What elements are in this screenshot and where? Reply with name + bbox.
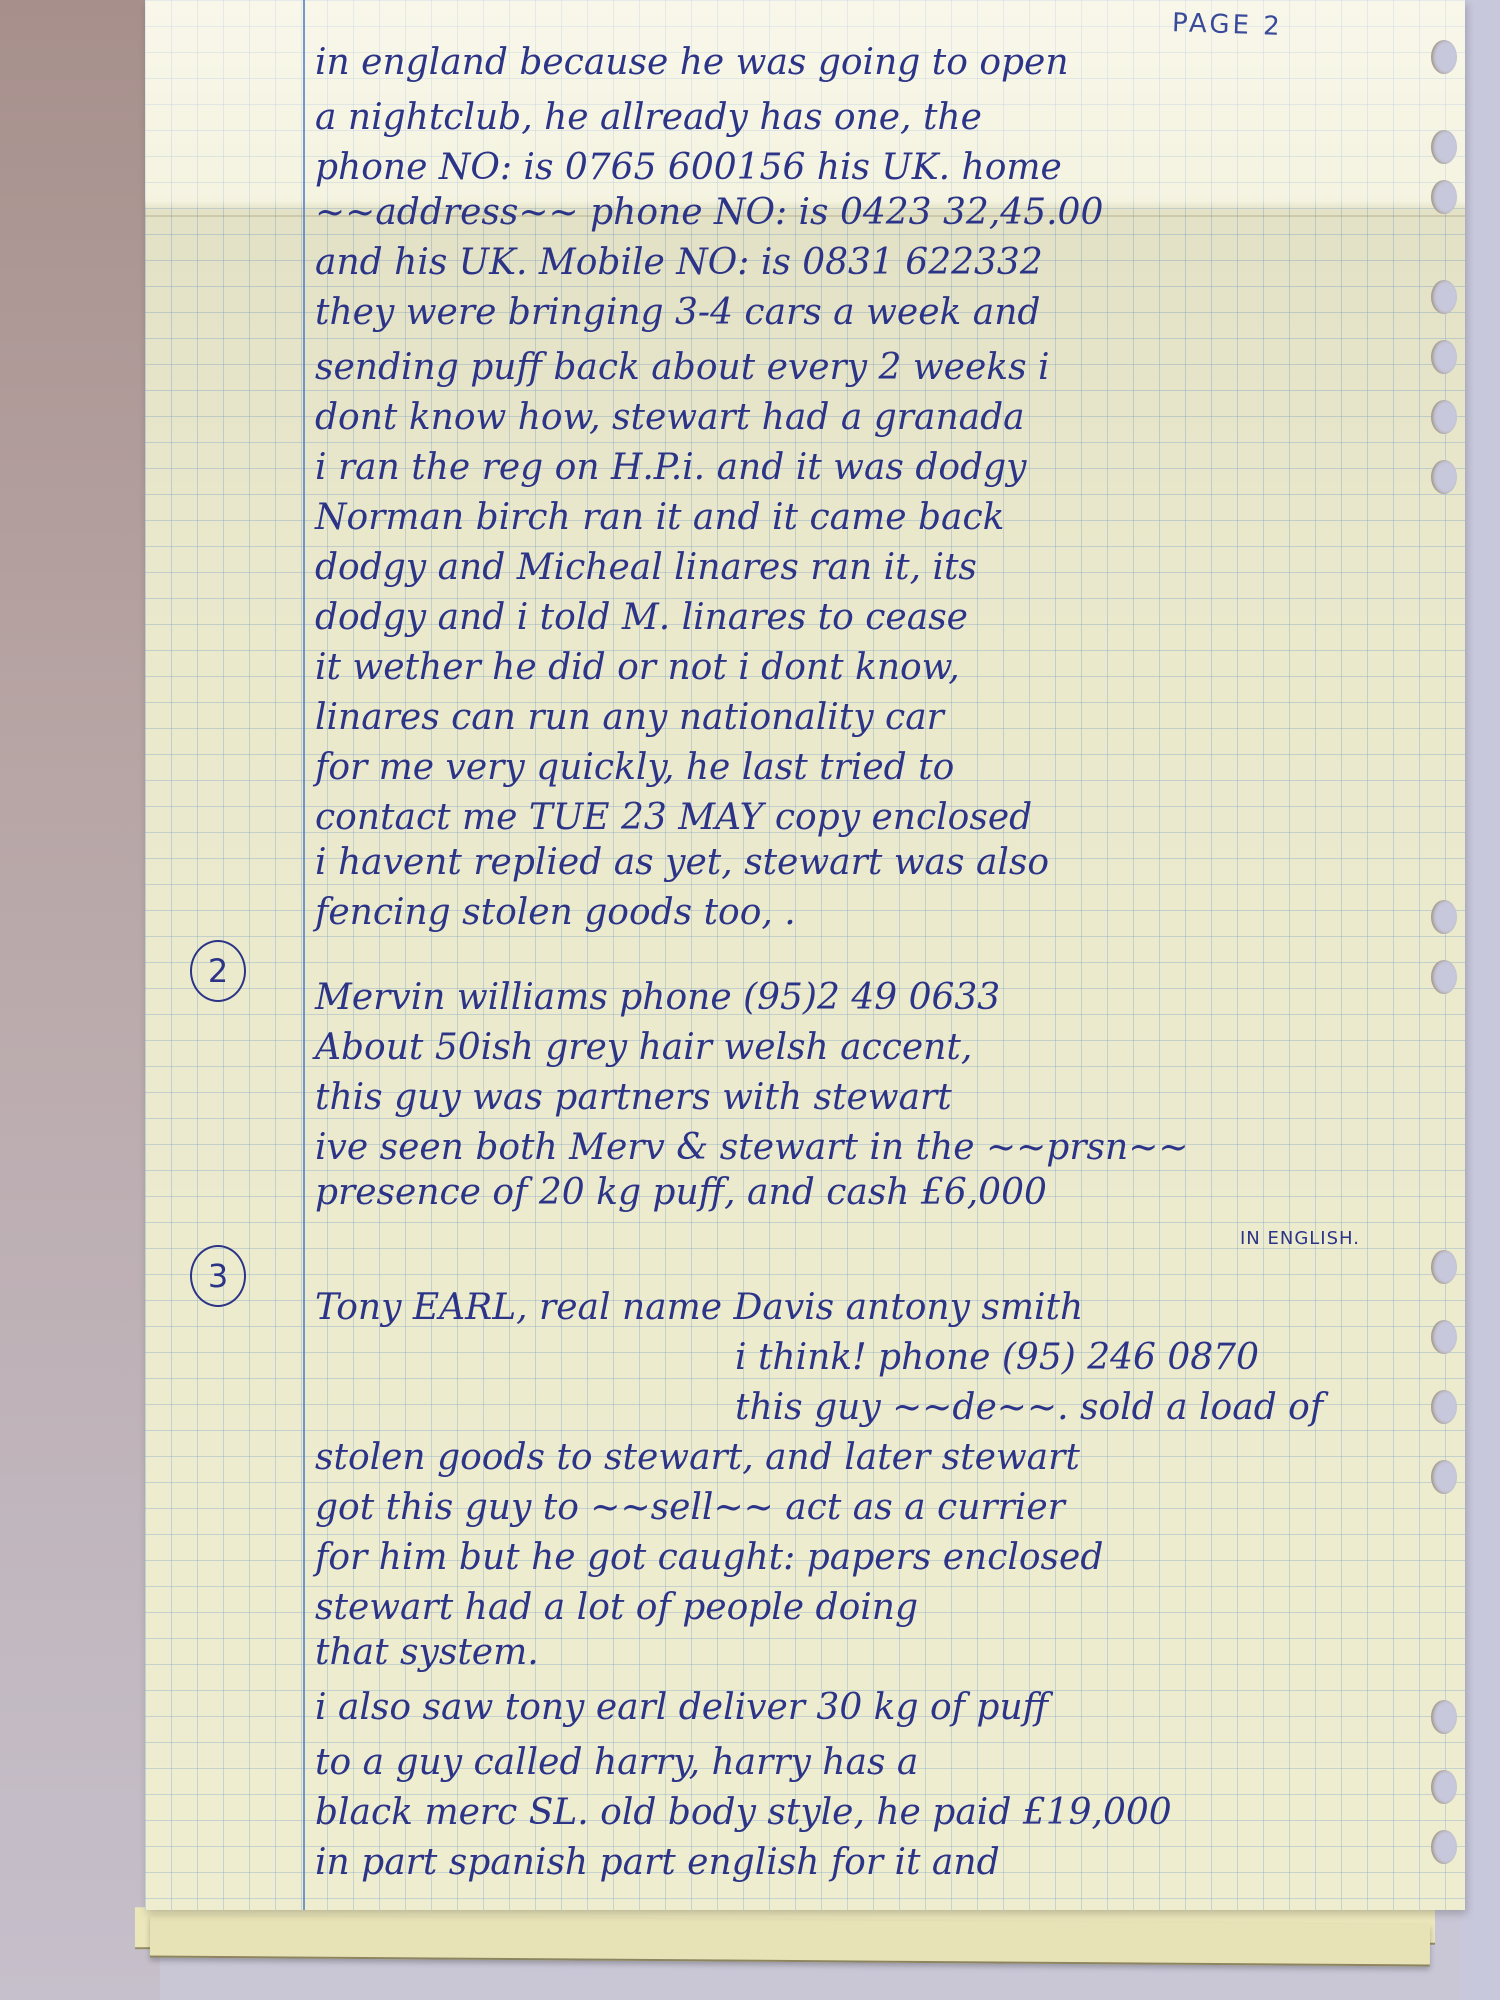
table-surface (0, 0, 160, 2000)
text-line: About 50ish grey hair welsh accent, (315, 1030, 972, 1066)
punched-holes-edge (1427, 0, 1457, 1910)
table-surface-right (1460, 0, 1500, 2000)
text-line: they were bringing 3-4 cars a week and (315, 295, 1040, 331)
text-line: for me very quickly, he last tried to (315, 750, 954, 786)
text-line: phone NO: is 0765 600156 his UK. home (315, 150, 1062, 186)
text-line: stolen goods to stewart, and later stewa… (315, 1440, 1080, 1476)
text-line: to a guy called harry, harry has a (315, 1745, 918, 1781)
text-line: got this guy to ~~sell~~ act as a currie… (315, 1490, 1065, 1526)
notebook-page: PAGE 2 2 3 IN ENGLISH. in england becaus… (145, 0, 1465, 1910)
text-line: i ran the reg on H.P.i. and it was dodgy (315, 450, 1026, 486)
text-line: i havent replied as yet, stewart was als… (315, 845, 1049, 881)
text-line: in part spanish part english for it and (315, 1845, 1000, 1881)
text-line: contact me TUE 23 MAY copy enclosed (315, 800, 1032, 836)
text-line: Mervin williams phone (95)2 49 0633 (315, 980, 1000, 1016)
text-line: Tony EARL, real name Davis antony smith (315, 1290, 1083, 1326)
item-number-2: 2 (190, 940, 246, 1002)
text-line: and his UK. Mobile NO: is 0831 622332 (315, 245, 1043, 281)
text-line: linares can run any nationality car (315, 700, 944, 736)
text-line: fencing stolen goods too, . (315, 895, 796, 931)
text-line: this guy was partners with stewart (315, 1080, 952, 1116)
text-line: stewart had a lot of people doing (315, 1590, 918, 1626)
text-line: i also saw tony earl deliver 30 kg of pu… (315, 1690, 1048, 1726)
text-line: dodgy and i told M. linares to cease (315, 600, 968, 636)
side-note: IN ENGLISH. (1240, 1228, 1360, 1249)
text-line: it wether he did or not i dont know, (315, 650, 960, 686)
underlying-sheet (150, 1916, 1430, 1967)
text-line: in england because he was going to open (315, 45, 1069, 81)
text-line: for him but he got caught: papers enclos… (315, 1540, 1103, 1576)
margin-line (303, 0, 305, 1910)
text-line: dodgy and Micheal linares ran it, its (315, 550, 977, 586)
text-line: Norman birch ran it and it came back (315, 500, 1004, 536)
text-line: sending puff back about every 2 weeks i (315, 350, 1050, 386)
text-line: a nightclub, he allready has one, the (315, 100, 982, 136)
text-line: this guy ~~de~~. sold a load of (735, 1390, 1323, 1426)
item-number-3: 3 (190, 1245, 246, 1307)
text-line: black merc SL. old body style, he paid £… (315, 1795, 1172, 1831)
text-line: ~~address~~ phone NO: is 0423 32,45.00 (315, 195, 1103, 231)
page-number-label: PAGE 2 (1172, 8, 1284, 42)
text-line: presence of 20 kg puff, and cash £6,000 (315, 1175, 1047, 1211)
text-line: dont know how, stewart had a granada (315, 400, 1025, 436)
text-line: that system. (315, 1635, 539, 1671)
text-line: i think! phone (95) 246 0870 (735, 1340, 1259, 1376)
text-line: ive seen both Merv & stewart in the ~~pr… (315, 1130, 1189, 1166)
